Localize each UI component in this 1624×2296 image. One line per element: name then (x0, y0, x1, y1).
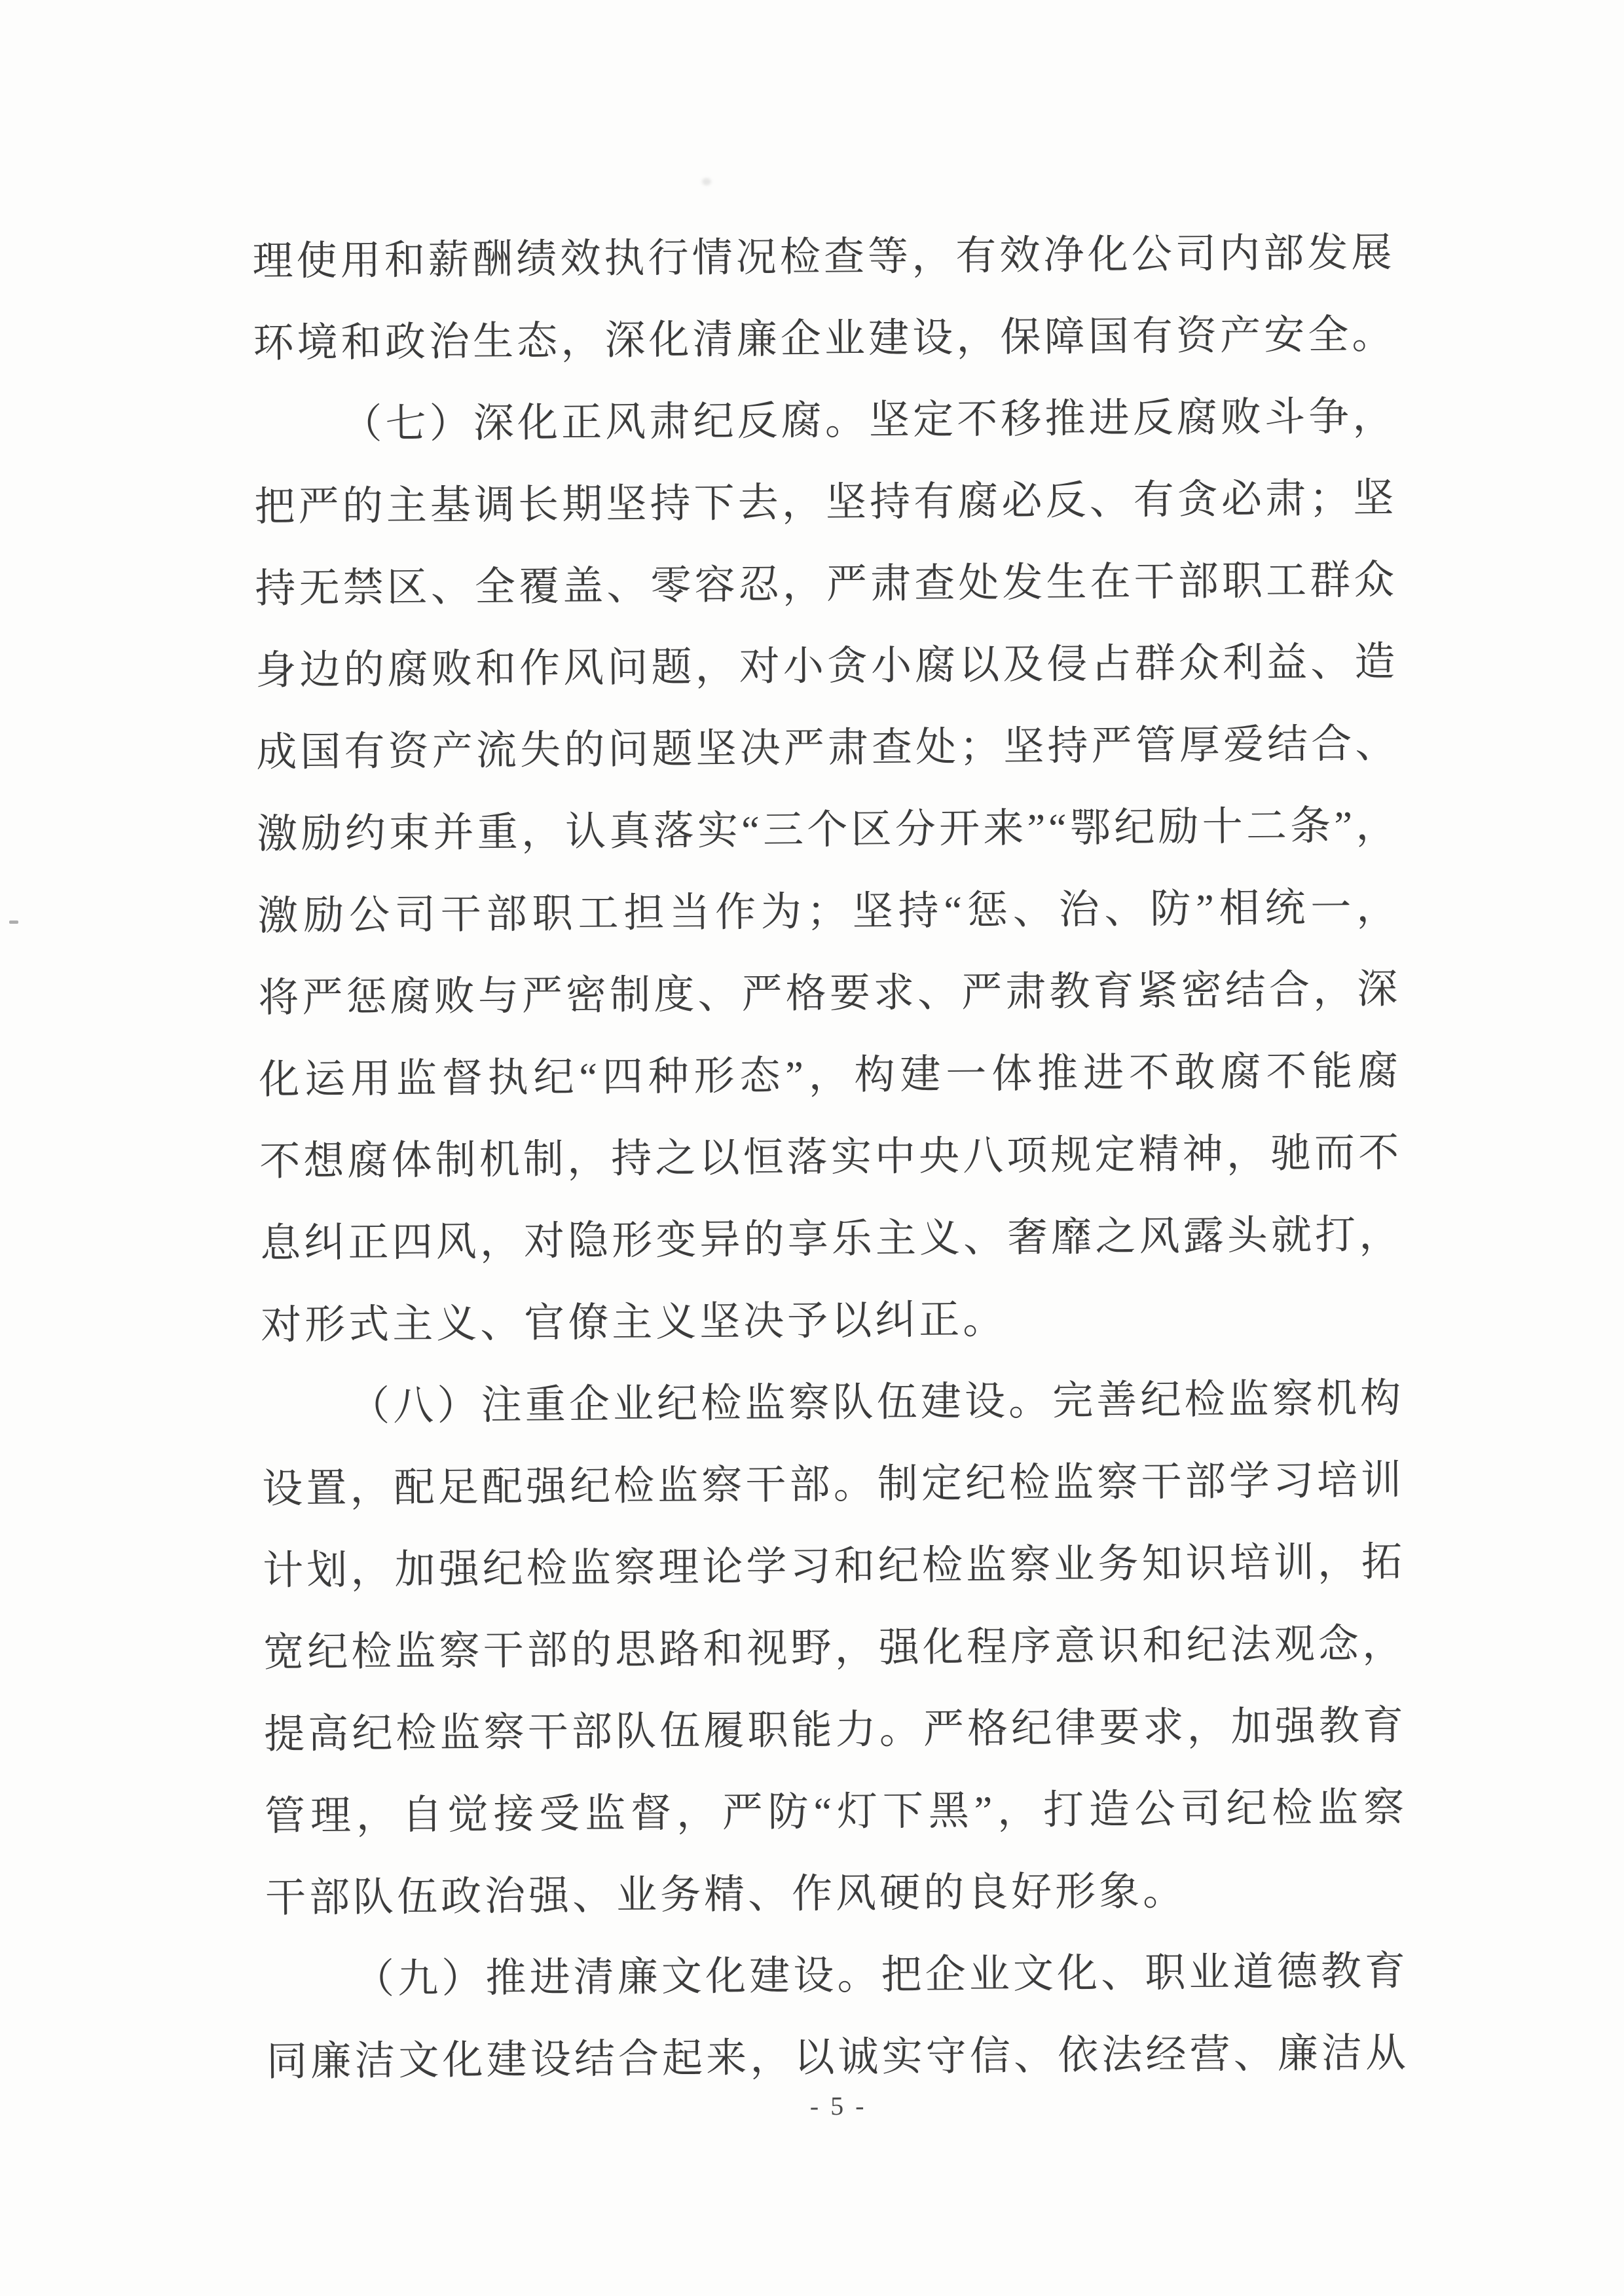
text-block: 理使用和薪酬绩效执行情况检查等，有效净化公司内部发展 环境和政治生态，深化清廉企… (252, 212, 1410, 2104)
text-line: 计划，加强纪检监察理论学习和纪检监察业务知识培训，拓 (263, 1522, 1406, 1613)
text-line: 宽纪检监察干部的思路和视野，强化程序意识和纪法观念， (263, 1603, 1407, 1694)
text-line: 理使用和薪酬绩效执行情况检查等，有效净化公司内部发展 (252, 212, 1395, 303)
text-line: 设置，配足配强纪检监察干部。制定纪检监察干部学习培训 (262, 1440, 1405, 1531)
text-line: 对形式主义、官僚主义坚决予以纠正。 (261, 1276, 1404, 1367)
text-line: 激励公司干部职工担当作为；坚持“惩、治、防”相统一， (257, 867, 1401, 958)
text-line: （八）注重企业纪检监察队伍建设。完善纪检监察机构 (261, 1358, 1405, 1449)
text-line: 成国有资产流失的问题坚决严肃查处；坚持严管厚爱结合、 (256, 703, 1399, 794)
text-line: 息纠正四风，对隐形变异的享乐主义、奢靡之风露头就打， (260, 1194, 1403, 1285)
paragraph-continuation: 理使用和薪酬绩效执行情况检查等，有效净化公司内部发展 环境和政治生态，深化清廉企… (252, 212, 1396, 385)
paragraph-item-9: （九）推进清廉文化建设。把企业文化、职业道德教育 同廉洁文化建设结合起来，以诚实… (266, 1931, 1410, 2104)
text-line: 干部队伍政治强、业务精、作风硬的良好形象。 (265, 1849, 1409, 1940)
paragraph-item-7: （七）深化正风肃纪反腐。坚定不移推进反腐败斗争， 把严的主基调长期坚持下去，坚持… (253, 376, 1404, 1367)
text-line: 环境和政治生态，深化清廉企业建设，保障国有资产安全。 (253, 294, 1396, 385)
text-line: 把严的主基调长期坚持下去，坚持有腐必反、有贪必肃；坚 (254, 458, 1397, 549)
document-page: 理使用和薪酬绩效执行情况检查等，有效净化公司内部发展 环境和政治生态，深化清廉企… (0, 0, 1624, 2296)
text-line: 将严惩腐败与严密制度、严格要求、严肃教育紧密结合，深 (258, 949, 1401, 1040)
text-line: 身边的腐败和作风问题，对小贪小腐以及侵占群众利益、造 (255, 621, 1399, 712)
text-line: （九）推进清廉文化建设。把企业文化、职业道德教育 (266, 1931, 1409, 2022)
text-line: 管理，自觉接受监督，严防“灯下黑”，打造公司纪检监察 (265, 1767, 1408, 1858)
paragraph-item-8: （八）注重企业纪检监察队伍建设。完善纪检监察机构 设置，配足配强纪检监察干部。制… (261, 1358, 1409, 1940)
text-line: 持无禁区、全覆盖、零容忍，严肃查处发生在干部职工群众 (255, 539, 1398, 630)
text-line: （七）深化正风肃纪反腐。坚定不移推进反腐败斗争， (253, 376, 1397, 467)
scan-speck (9, 920, 18, 924)
text-line: 提高纪检监察干部队伍履职能力。严格纪律要求，加强教育 (264, 1685, 1407, 1776)
text-line: 化运用监督执纪“四种形态”，构建一体推进不敢腐不能腐 (259, 1030, 1402, 1121)
text-line: 激励约束并重，认真落实“三个区分开来”“鄂纪励十二条”， (257, 785, 1400, 876)
scan-speck (702, 178, 711, 185)
text-line: 不想腐体制机制，持之以恒落实中央八项规定精神，驰而不 (259, 1112, 1403, 1203)
